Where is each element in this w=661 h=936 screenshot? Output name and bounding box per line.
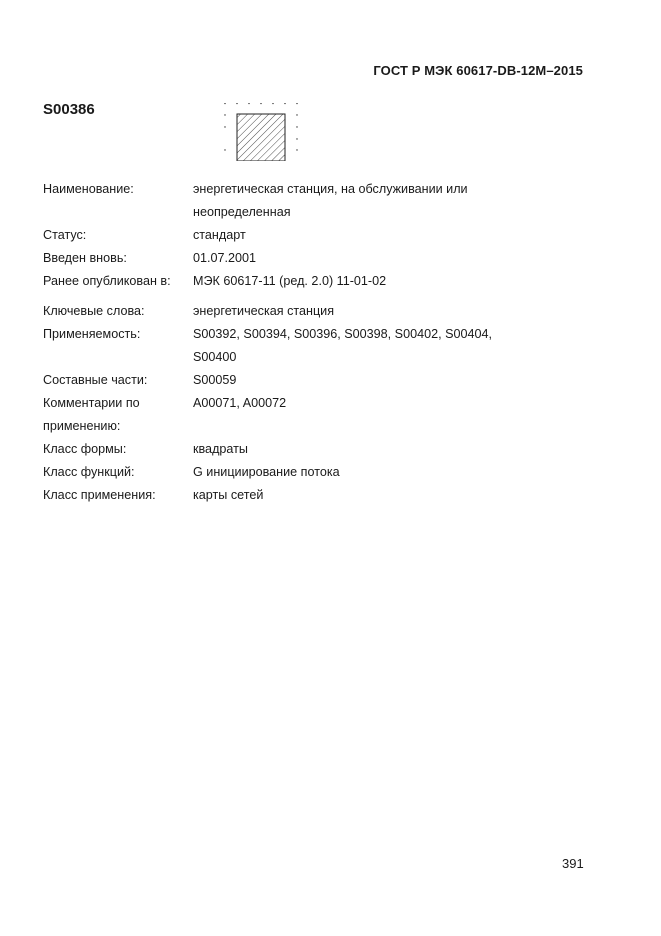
document-header: ГОСТ Р МЭК 60617-DB-12М–2015	[373, 63, 583, 78]
field-value: S00059	[193, 369, 523, 392]
field-function-class: Класс функций: G инициирование потока	[43, 461, 523, 484]
field-value: карты сетей	[193, 484, 523, 507]
field-value: G инициирование потока	[193, 461, 523, 484]
symbol-code: S00386	[43, 101, 95, 118]
field-application-class: Класс применения: карты сетей	[43, 484, 523, 507]
field-previously-published: Ранее опубликован в: МЭК 60617-11 (ред. …	[43, 270, 523, 293]
field-label: Комментарии по применению:	[43, 392, 173, 438]
field-components: Составные части: S00059	[43, 369, 523, 392]
field-label: Класс применения:	[43, 484, 193, 507]
field-applicability: Применяемость: S00392, S00394, S00396, S…	[43, 323, 523, 369]
field-keywords: Ключевые слова: энергетическая станция	[43, 300, 523, 323]
field-label: Ключевые слова:	[43, 300, 193, 323]
field-introduced: Введен вновь: 01.07.2001	[43, 247, 523, 270]
attribute-list: Наименование: энергетическая станция, на…	[43, 178, 523, 507]
field-label: Применяемость:	[43, 323, 193, 369]
field-name: Наименование: энергетическая станция, на…	[43, 178, 523, 224]
field-label: Наименование:	[43, 178, 193, 224]
field-value: A00071, A00072	[193, 392, 523, 438]
field-value: квадраты	[193, 438, 523, 461]
page-number: 391	[562, 856, 584, 871]
field-value: энергетическая станция, на обслуживании …	[193, 178, 523, 224]
field-value: стандарт	[193, 224, 523, 247]
field-label: Статус:	[43, 224, 193, 247]
field-value: МЭК 60617-11 (ред. 2.0) 11-01-02	[193, 270, 523, 293]
field-value: энергетическая станция	[193, 300, 523, 323]
field-label: Класс функций:	[43, 461, 193, 484]
field-shape-class: Класс формы: квадраты	[43, 438, 523, 461]
field-label: Ранее опубликован в:	[43, 270, 193, 293]
field-status: Статус: стандарт	[43, 224, 523, 247]
hatched-square-icon	[223, 103, 299, 161]
field-label: Введен вновь:	[43, 247, 193, 270]
field-label: Составные части:	[43, 369, 193, 392]
field-label: Класс формы:	[43, 438, 193, 461]
field-value: S00392, S00394, S00396, S00398, S00402, …	[193, 323, 523, 369]
field-application-notes: Комментарии по применению: A00071, A0007…	[43, 392, 523, 438]
field-value: 01.07.2001	[193, 247, 523, 270]
